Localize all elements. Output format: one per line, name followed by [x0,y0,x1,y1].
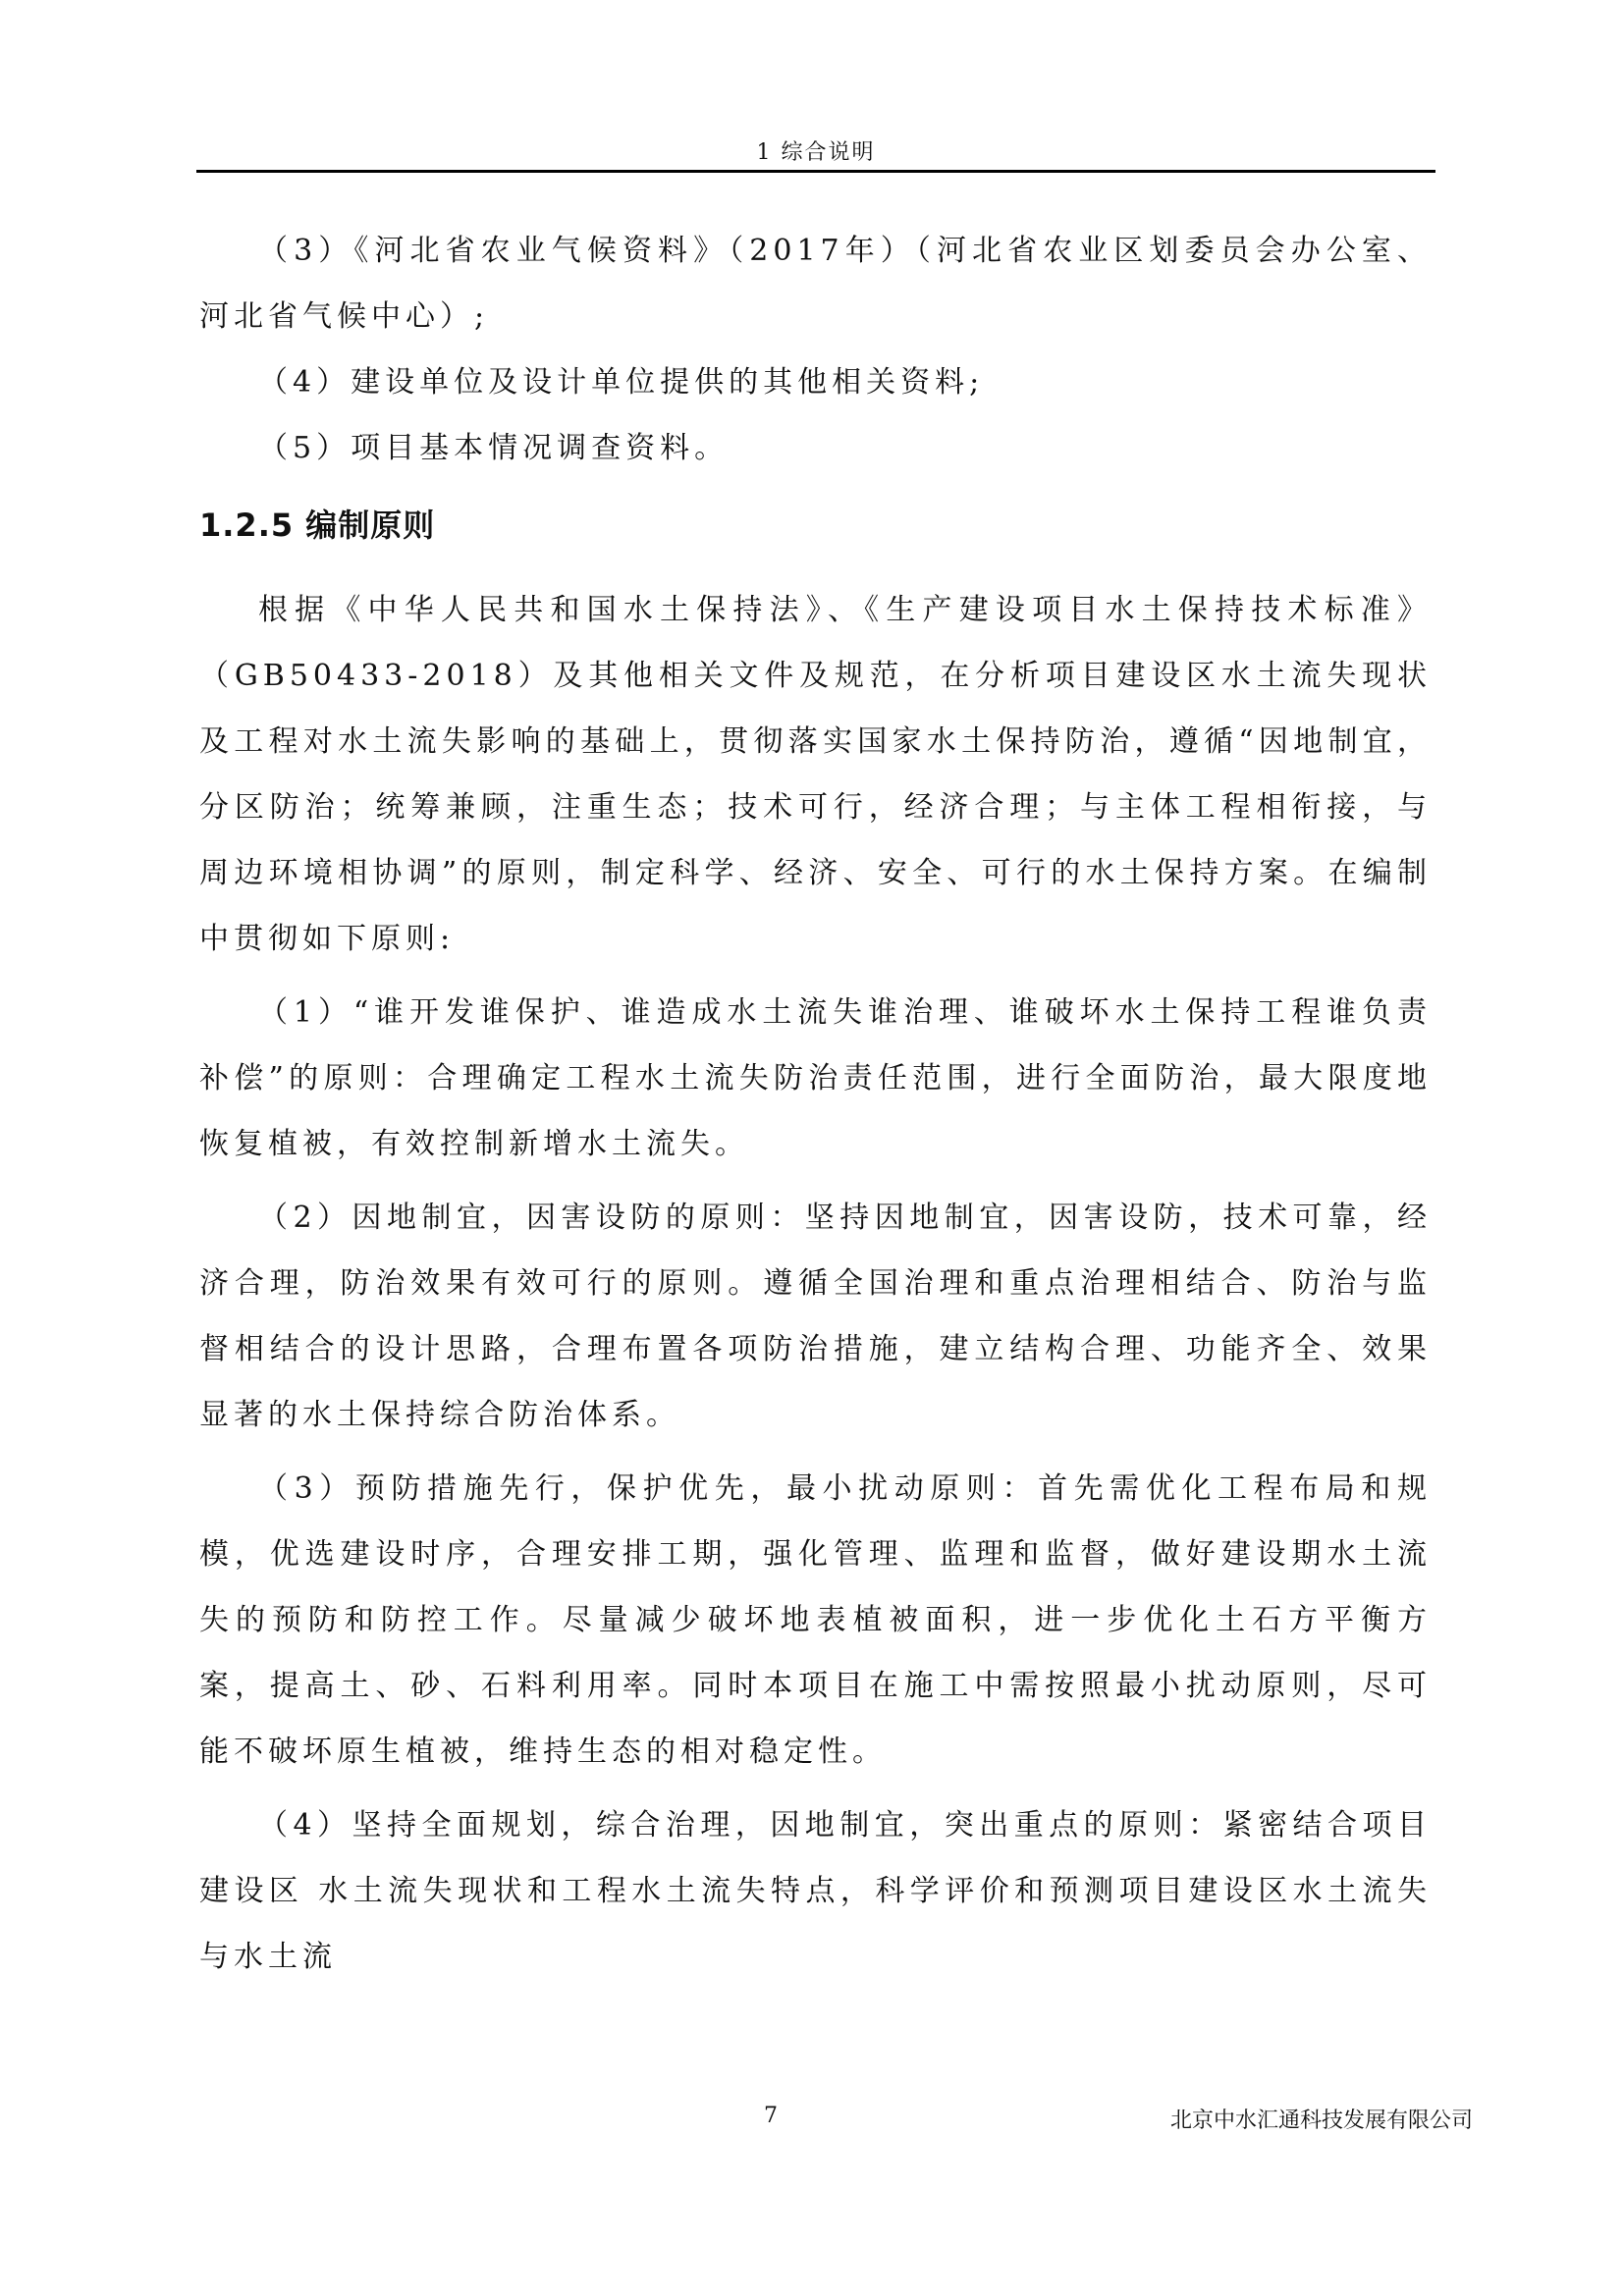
page-number: 7 [764,2104,778,2128]
principle-item: （3）预防措施先行，保护优先，最小扰动原则：首先需优化工程布局和规模，优选建设时… [199,1456,1432,1785]
reference-item: （5）项目基本情况调查资料。 [199,415,1432,481]
chapter-header: 1 综合说明 [196,135,1435,166]
reference-item: （4）建设单位及设计单位提供的其他相关资料; [199,349,1432,415]
section-intro: 根据《中华人民共和国水土保持法》、《生产建设项目水土保持技术标准》（GB5043… [199,577,1432,972]
principle-item: （4）坚持全面规划，综合治理，因地制宜，突出重点的原则：紧密结合项目建设区 水土… [199,1792,1432,1990]
header-divider [196,170,1435,173]
company-name: 北京中水汇通科技发展有限公司 [1170,2104,1473,2134]
page-content: （3）《河北省农业气候资料》（2017年）（河北省农业区划委员会办公室、河北省气… [199,218,1432,1990]
reference-item: （3）《河北省农业气候资料》（2017年）（河北省农业区划委员会办公室、河北省气… [199,218,1432,349]
section-heading: 1.2.5 编制原则 [199,481,1432,569]
principle-item: （2）因地制宜，因害设防的原则：坚持因地制宜，因害设防，技术可靠，经济合理，防治… [199,1185,1432,1448]
principle-item: （1）“谁开发谁保护、谁造成水土流失谁治理、谁破坏水土保持工程谁负责补偿”的原则… [199,980,1432,1177]
document-page: 1 综合说明 （3）《河北省农业气候资料》（2017年）（河北省农业区划委员会办… [0,0,1624,2296]
